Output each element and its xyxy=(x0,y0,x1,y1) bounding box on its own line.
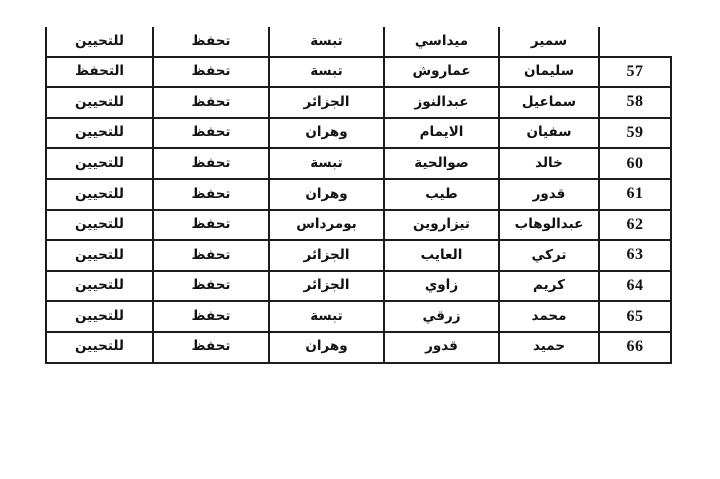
city-cell: بومرداس xyxy=(268,211,383,242)
status-cell: تحفظ xyxy=(152,302,268,333)
status-cell: تحفظ xyxy=(152,333,268,364)
serial-cell: 63 xyxy=(598,241,672,272)
serial-cell: 64 xyxy=(598,272,672,303)
last-name-cell: ميداسي xyxy=(383,27,498,58)
city-cell: الجزائر xyxy=(268,272,383,303)
first-name-cell: عبدالوهاب xyxy=(498,211,598,242)
serial-cell: 66 xyxy=(598,333,672,364)
city-cell: تبسة xyxy=(268,58,383,89)
status-cell: تحفظ xyxy=(152,119,268,150)
first-name-cell: خالد xyxy=(498,149,598,180)
first-name-cell: سليمان xyxy=(498,58,598,89)
last-name-cell: تيزاروين xyxy=(383,211,498,242)
action-cell: للتحيين xyxy=(45,27,152,58)
city-cell: وهران xyxy=(268,333,383,364)
records-table: سمير ميداسي تبسة تحفظ للتحيين 57 سليمان … xyxy=(45,27,672,364)
last-name-cell: عماروش xyxy=(383,58,498,89)
action-cell: التحفظ xyxy=(45,58,152,89)
action-cell: للتحيين xyxy=(45,211,152,242)
first-name-cell: حميد xyxy=(498,333,598,364)
last-name-cell: الايمام xyxy=(383,119,498,150)
serial-cell-empty xyxy=(598,27,672,58)
serial-cell: 62 xyxy=(598,211,672,242)
last-name-cell: صوالحية xyxy=(383,149,498,180)
first-name-cell: سماعيل xyxy=(498,88,598,119)
action-cell: للتحيين xyxy=(45,302,152,333)
action-cell: للتحيين xyxy=(45,272,152,303)
first-name-cell: كريم xyxy=(498,272,598,303)
city-cell: تبسة xyxy=(268,302,383,333)
status-cell: تحفظ xyxy=(152,272,268,303)
action-cell: للتحيين xyxy=(45,149,152,180)
city-cell: تبسة xyxy=(268,27,383,58)
action-cell: للتحيين xyxy=(45,180,152,211)
last-name-cell: قدور xyxy=(383,333,498,364)
status-cell: تحفظ xyxy=(152,27,268,58)
status-cell: تحفظ xyxy=(152,149,268,180)
serial-cell: 65 xyxy=(598,302,672,333)
action-cell: للتحيين xyxy=(45,333,152,364)
last-name-cell: العايب xyxy=(383,241,498,272)
last-name-cell: زاوي xyxy=(383,272,498,303)
last-name-cell: عبدالنوز xyxy=(383,88,498,119)
first-name-cell: قدور xyxy=(498,180,598,211)
city-cell: وهران xyxy=(268,180,383,211)
last-name-cell: طيب xyxy=(383,180,498,211)
serial-cell: 60 xyxy=(598,149,672,180)
city-cell: تبسة xyxy=(268,149,383,180)
status-cell: تحفظ xyxy=(152,88,268,119)
status-cell: تحفظ xyxy=(152,58,268,89)
serial-cell: 58 xyxy=(598,88,672,119)
status-cell: تحفظ xyxy=(152,211,268,242)
status-cell: تحفظ xyxy=(152,180,268,211)
document-page: سمير ميداسي تبسة تحفظ للتحيين 57 سليمان … xyxy=(0,0,720,479)
serial-cell: 57 xyxy=(598,58,672,89)
serial-cell: 61 xyxy=(598,180,672,211)
city-cell: الجزائر xyxy=(268,88,383,119)
action-cell: للتحيين xyxy=(45,119,152,150)
first-name-cell: سفيان xyxy=(498,119,598,150)
city-cell: وهران xyxy=(268,119,383,150)
city-cell: الجزائر xyxy=(268,241,383,272)
serial-cell: 59 xyxy=(598,119,672,150)
last-name-cell: زرقي xyxy=(383,302,498,333)
first-name-cell: محمد xyxy=(498,302,598,333)
status-cell: تحفظ xyxy=(152,241,268,272)
action-cell: للتحيين xyxy=(45,88,152,119)
first-name-cell: سمير xyxy=(498,27,598,58)
first-name-cell: تركي xyxy=(498,241,598,272)
action-cell: للتحيين xyxy=(45,241,152,272)
